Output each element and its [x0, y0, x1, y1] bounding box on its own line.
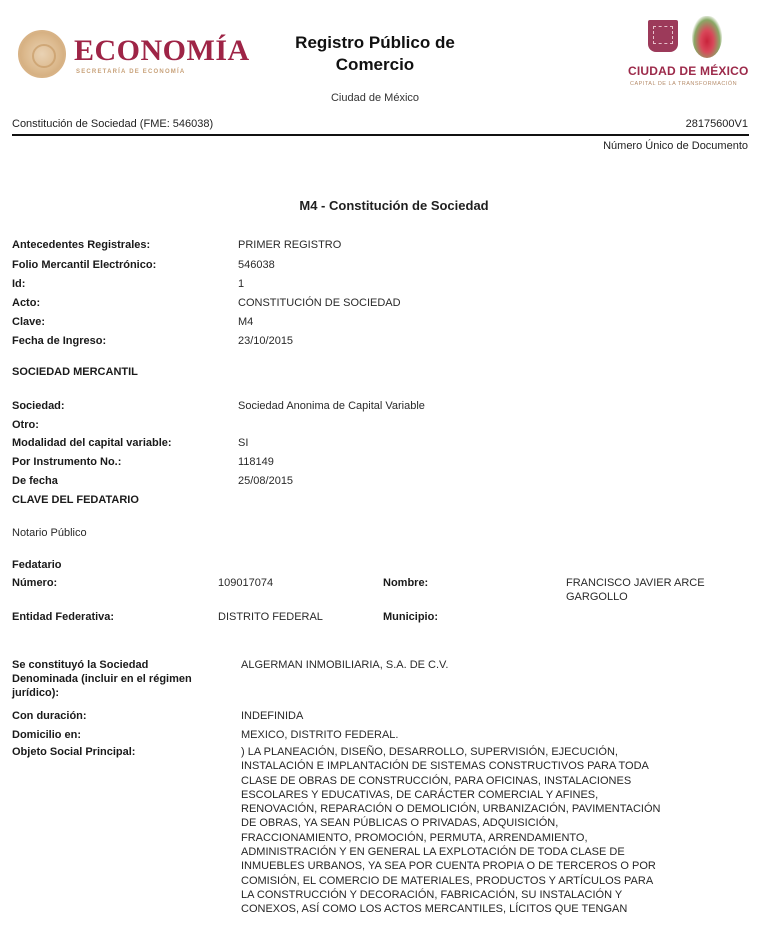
- objeto-line: RENOVACIÓN, REPARACIÓN O DEMOLICIÓN, URB…: [241, 802, 751, 816]
- page-title-line-1: Registro Público de: [270, 32, 480, 54]
- economia-logo-subtitle: SECRETARÍA DE ECONOMÍA: [76, 69, 185, 75]
- cdmx-shield-icon: [648, 20, 678, 52]
- field-label-clave: Clave:: [12, 315, 45, 329]
- field-label-objeto: Objeto Social Principal:: [12, 745, 135, 759]
- field-label-id: Id:: [12, 277, 25, 291]
- section-heading-sociedad-mercantil: SOCIEDAD MERCANTIL: [12, 366, 138, 378]
- field-label-acto: Acto:: [12, 296, 40, 310]
- document-number: 28175600V1: [686, 118, 748, 130]
- page-title-block: Registro Público de Comercio Ciudad de M…: [270, 32, 480, 104]
- field-value-antecedentes: PRIMER REGISTRO: [238, 238, 341, 252]
- page-subtitle-city: Ciudad de México: [270, 92, 480, 104]
- field-label-de-fecha: De fecha: [12, 474, 58, 488]
- field-value-id: 1: [238, 277, 244, 291]
- field-label-fecha-ingreso: Fecha de Ingreso:: [12, 334, 106, 348]
- economia-logo-text: ECONOMÍA: [74, 34, 250, 68]
- document-type: Constitución de Sociedad (FME: 546038): [12, 118, 213, 130]
- field-value-nombre-line-2: GARGOLLO: [566, 590, 628, 604]
- field-value-objeto-social: ) LA PLANEACIÓN, DISEÑO, DESARROLLO, SUP…: [241, 745, 751, 917]
- section-heading-fedatario: CLAVE DEL FEDATARIO: [12, 494, 139, 506]
- field-value-domicilio: MEXICO, DISTRITO FEDERAL.: [241, 728, 399, 742]
- objeto-line: CLASE DE OBRAS DE CONSTRUCCIÓN, PARA OFI…: [241, 774, 751, 788]
- field-value-modalidad: SI: [238, 436, 248, 450]
- field-value-entidad: DISTRITO FEDERAL: [218, 610, 323, 624]
- objeto-line: INSTALACIÓN E IMPLANTACIÓN DE SISTEMAS C…: [241, 759, 751, 773]
- objeto-line: ESCOLARES Y EDUCATIVAS, DE CARÁCTER COME…: [241, 788, 751, 802]
- cdmx-logo: CIUDAD DE MÉXICO CAPITAL DE LA TRANSFORM…: [622, 14, 752, 94]
- objeto-line: FRACCIONAMIENTO, PROMOCIÓN, PERMUTA, ARR…: [241, 831, 751, 845]
- fedatario-tipo: Notario Público: [12, 526, 87, 540]
- field-label-denominada-1: Se constituyó la Sociedad: [12, 658, 148, 672]
- objeto-line: COMISIÓN, EL COMERCIO DE MATERIALES, PRO…: [241, 874, 751, 888]
- objeto-line: ADMINISTRACIÓN Y EN GENERAL LA EXPLOTACI…: [241, 845, 751, 859]
- field-label-modalidad: Modalidad del capital variable:: [12, 436, 172, 450]
- field-label-antecedentes: Antecedentes Registrales:: [12, 238, 150, 252]
- field-label-domicilio: Domicilio en:: [12, 728, 81, 742]
- field-label-duracion: Con duración:: [12, 709, 87, 723]
- document-number-label: Número Único de Documento: [603, 140, 748, 152]
- field-value-denominada: ALGERMAN INMOBILIARIA, S.A. DE C.V.: [241, 658, 448, 672]
- field-value-numero: 109017074: [218, 576, 273, 590]
- field-label-otro: Otro:: [12, 418, 39, 432]
- field-label-entidad: Entidad Federativa:: [12, 610, 114, 624]
- page-title-line-2: Comercio: [270, 54, 480, 76]
- field-value-acto: CONSTITUCIÓN DE SOCIEDAD: [238, 296, 401, 310]
- field-value-sociedad: Sociedad Anonima de Capital Variable: [238, 399, 425, 413]
- field-label-sociedad: Sociedad:: [12, 399, 65, 413]
- field-label-denominada-2: Denominada (incluir en el régimen: [12, 672, 192, 686]
- cdmx-flower-icon: [692, 16, 722, 58]
- field-value-folio: 546038: [238, 258, 275, 272]
- objeto-line: INMUEBLES URBANOS, YA SEA POR CUENTA PRO…: [241, 859, 751, 873]
- fedatario-subheading: Fedatario: [12, 558, 62, 572]
- field-value-duracion: INDEFINIDA: [241, 709, 303, 723]
- field-value-nombre-line-1: FRANCISCO JAVIER ARCE: [566, 576, 705, 590]
- objeto-line: CONEXOS, ASÍ COMO LOS ACTOS MERCANTILES,…: [241, 902, 751, 916]
- economia-logo: ECONOMÍA SECRETARÍA DE ECONOMÍA: [18, 30, 248, 82]
- field-label-denominada-3: jurídico):: [12, 686, 59, 700]
- cdmx-logo-text: CIUDAD DE MÉXICO: [628, 64, 749, 78]
- field-label-nombre: Nombre:: [383, 576, 428, 590]
- national-seal-icon: [18, 30, 66, 78]
- field-label-municipio: Municipio:: [383, 610, 438, 624]
- objeto-line: LA CONSTRUCCIÓN Y DECORACIÓN, FABRICACIÓ…: [241, 888, 751, 902]
- objeto-line: DE OBRAS, YA SEAN PÚBLICAS O PRIVADAS, A…: [241, 816, 751, 830]
- cdmx-logo-subtitle: CAPITAL DE LA TRANSFORMACIÓN: [630, 81, 737, 87]
- field-value-clave: M4: [238, 315, 253, 329]
- field-label-instrumento: Por Instrumento No.:: [12, 455, 121, 469]
- field-value-instrumento: 118149: [238, 455, 274, 469]
- act-title: M4 - Constitución de Sociedad: [0, 198, 768, 213]
- field-value-fecha-ingreso: 23/10/2015: [238, 334, 293, 348]
- field-label-numero: Número:: [12, 576, 57, 590]
- field-label-folio: Folio Mercantil Electrónico:: [12, 258, 156, 272]
- header-divider: [12, 134, 749, 136]
- objeto-line: ) LA PLANEACIÓN, DISEÑO, DESARROLLO, SUP…: [241, 745, 751, 759]
- field-value-de-fecha: 25/08/2015: [238, 474, 293, 488]
